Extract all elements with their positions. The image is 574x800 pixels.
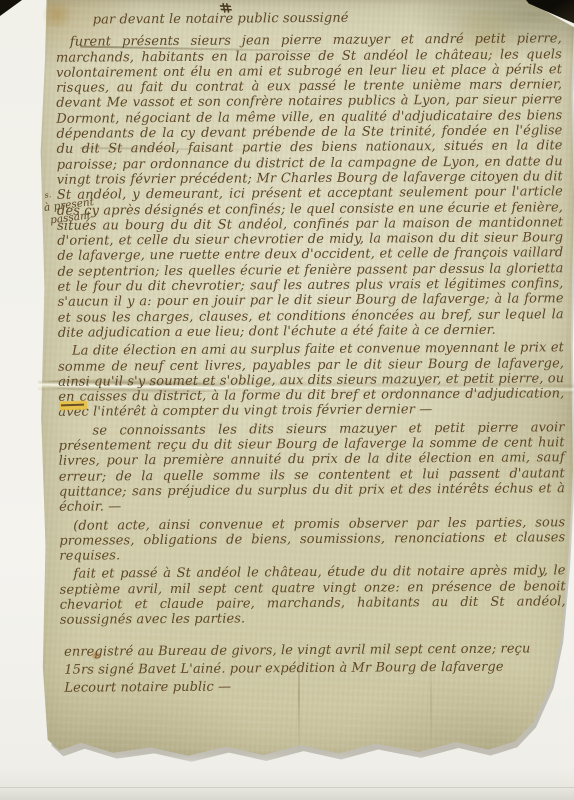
manuscript-paragraph: La dite élection en ami au surplus faite…: [58, 340, 565, 420]
scanned-manuscript-page: # par devant le notaire public soussigné…: [0, 0, 574, 800]
registration-line: enregistré au Bureau de givors, le vingt…: [64, 640, 566, 661]
notarial-heading: par devant le notaire public soussigné: [93, 9, 562, 28]
notary-signature-line: Lecourt notaire public —: [64, 676, 566, 697]
margin-dash-icon: [61, 404, 84, 407]
registration-line: 15rs signé Bavet L'ainé. pour expédition…: [64, 658, 566, 679]
corner-fold-shadow-top-left: [0, 0, 22, 16]
scanner-bed-edge: [0, 787, 574, 800]
margin-highlight-mark: [59, 401, 87, 411]
manuscript-body: par devant le notaire public soussigné f…: [56, 9, 567, 697]
manuscript-paragraph: furent présents sieurs jean pierre mazuy…: [56, 32, 564, 341]
registration-block: enregistré au Bureau de givors, le vingt…: [60, 640, 566, 697]
manuscript-paragraphs: furent présents sieurs jean pierre mazuy…: [56, 32, 566, 629]
manuscript-paragraph: (dont acte, ainsi convenue et promis obs…: [59, 515, 565, 564]
manuscript-paragraph: fait et passé à St andéol le château, ét…: [59, 564, 565, 629]
margin-annotation: s. à present passant: [38, 183, 100, 229]
manuscript-paragraph: se connoissants les dits sieurs mazuyer …: [58, 420, 565, 515]
